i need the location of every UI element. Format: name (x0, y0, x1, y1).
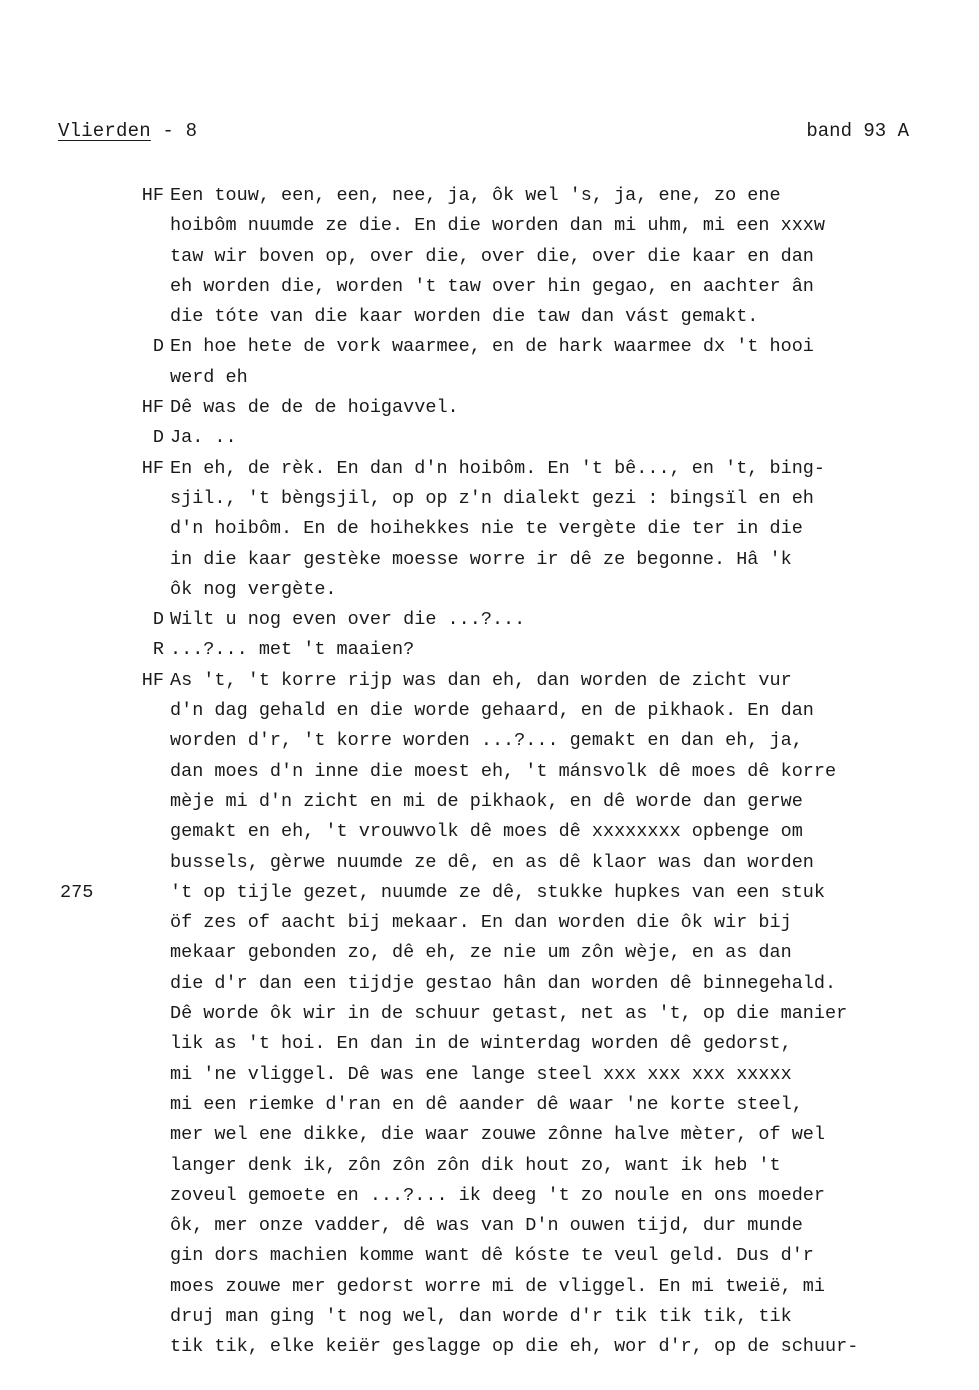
transcript-line: sjil., 't bèngsjil, op op z'n dialekt ge… (0, 484, 979, 514)
page-number: 8 (186, 120, 198, 142)
transcript-line: gemakt en eh, 't vrouwvolk dê moes dê xx… (0, 817, 979, 847)
page-header-left: Vlierden - 8 (58, 120, 197, 142)
utterance-text: sjil., 't bèngsjil, op op z'n dialekt ge… (170, 484, 814, 514)
place-name: Vlierden (58, 120, 151, 142)
transcript-line: werd eh (0, 363, 979, 393)
utterance-text: bussels, gèrwe nuumde ze dê, en as dê kl… (170, 848, 814, 878)
speaker-label: HF (142, 181, 164, 211)
transcript-line: die d'r dan een tijdje gestao hân dan wo… (0, 969, 979, 999)
transcript-line: mer wel ene dikke, die waar zouwe zônne … (0, 1120, 979, 1150)
utterance-text: eh worden die, worden 't taw over hin ge… (170, 272, 814, 302)
transcript-line: die tóte van die kaar worden die taw dan… (0, 302, 979, 332)
speaker-label: D (153, 423, 164, 453)
transcript-line: druj man ging 't nog wel, dan worde d'r … (0, 1302, 979, 1332)
utterance-text: mekaar gebonden zo, dê eh, ze nie um zôn… (170, 938, 792, 968)
transcript-line: HFDê was de de de hoigavvel. (0, 393, 979, 423)
speaker-label: HF (142, 666, 164, 696)
utterance-text: werd eh (170, 363, 248, 393)
tape-label: band 93 A (806, 120, 909, 142)
speaker-label: D (153, 332, 164, 362)
transcript-line: worden d'r, 't korre worden ...?... gema… (0, 726, 979, 756)
utterance-text: zoveul gemoete en ...?... ik deeg 't zo … (170, 1181, 825, 1211)
utterance-text: Een touw, een, een, nee, ja, ôk wel 's, … (170, 181, 781, 211)
utterance-text: Dê was de de de hoigavvel. (170, 393, 459, 423)
transcript-line: moes zouwe mer gedorst worre mi de vligg… (0, 1272, 979, 1302)
utterance-text: gin dors machien komme want dê kóste te … (170, 1241, 814, 1271)
utterance-text: hoibôm nuumde ze die. En die worden dan … (170, 211, 825, 241)
transcript-line: ôk, mer onze vadder, dê was van D'n ouwe… (0, 1211, 979, 1241)
transcript-line: öf zes of aacht bij mekaar. En dan worde… (0, 908, 979, 938)
transcript-line: d'n hoibôm. En de hoihekkes nie te vergè… (0, 514, 979, 544)
utterance-text: mer wel ene dikke, die waar zouwe zônne … (170, 1120, 825, 1150)
utterance-text: As 't, 't korre rijp was dan eh, dan wor… (170, 666, 792, 696)
utterance-text: ...?... met 't maaien? (170, 635, 414, 665)
transcript-line: mekaar gebonden zo, dê eh, ze nie um zôn… (0, 938, 979, 968)
utterance-text: 't op tijle gezet, nuumde ze dê, stukke … (170, 878, 825, 908)
speaker-label: D (153, 605, 164, 635)
transcript-line: bussels, gèrwe nuumde ze dê, en as dê kl… (0, 848, 979, 878)
speaker-label: HF (142, 454, 164, 484)
utterance-text: ôk, mer onze vadder, dê was van D'n ouwe… (170, 1211, 803, 1241)
transcript-line: mi 'ne vliggel. Dê was ene lange steel x… (0, 1060, 979, 1090)
utterance-text: taw wir boven op, over die, over die, ov… (170, 242, 814, 272)
transcript-line: mi een riemke d'ran en dê aander dê waar… (0, 1090, 979, 1120)
utterance-text: moes zouwe mer gedorst worre mi de vligg… (170, 1272, 825, 1302)
transcript-line: hoibôm nuumde ze die. En die worden dan … (0, 211, 979, 241)
document-page: Vlierden - 8 band 93 A HFEen touw, een, … (0, 0, 979, 1390)
utterance-text: En eh, de rèk. En dan d'n hoibôm. En 't … (170, 454, 825, 484)
transcript-line: DEn hoe hete de vork waarmee, en de hark… (0, 332, 979, 362)
utterance-text: lik as 't hoi. En dan in de winterdag wo… (170, 1029, 792, 1059)
utterance-text: druj man ging 't nog wel, dan worde d'r … (170, 1302, 792, 1332)
transcript-line: tik tik, elke keiër geslagge op die eh, … (0, 1332, 979, 1362)
transcript-line: HFEn eh, de rèk. En dan d'n hoibôm. En '… (0, 454, 979, 484)
utterance-text: Ja. .. (170, 423, 237, 453)
transcript-line: in die kaar gestèke moesse worre ir dê z… (0, 545, 979, 575)
utterance-text: mi een riemke d'ran en dê aander dê waar… (170, 1090, 803, 1120)
transcript-line: mèje mi d'n zicht en mi de pikhaok, en d… (0, 787, 979, 817)
utterance-text: mèje mi d'n zicht en mi de pikhaok, en d… (170, 787, 803, 817)
transcript-line: langer denk ik, zôn zôn zôn dik hout zo,… (0, 1151, 979, 1181)
utterance-text: ôk nog vergète. (170, 575, 337, 605)
transcript-line: gin dors machien komme want dê kóste te … (0, 1241, 979, 1271)
utterance-text: Dê worde ôk wir in de schuur getast, net… (170, 999, 847, 1029)
utterance-text: in die kaar gestèke moesse worre ir dê z… (170, 545, 792, 575)
transcript-line: lik as 't hoi. En dan in de winterdag wo… (0, 1029, 979, 1059)
header-separator: - (151, 120, 186, 142)
transcript-line: DJa. .. (0, 423, 979, 453)
transcript-line: DWilt u nog even over die ...?... (0, 605, 979, 635)
transcript-line: taw wir boven op, over die, over die, ov… (0, 242, 979, 272)
transcript-line: zoveul gemoete en ...?... ik deeg 't zo … (0, 1181, 979, 1211)
speaker-label: R (153, 635, 164, 665)
utterance-text: die tóte van die kaar worden die taw dan… (170, 302, 758, 332)
transcript-line: 275't op tijle gezet, nuumde ze dê, stuk… (0, 878, 979, 908)
transcript-line: eh worden die, worden 't taw over hin ge… (0, 272, 979, 302)
transcript-line: d'n dag gehald en die worde gehaard, en … (0, 696, 979, 726)
transcript-line: HFAs 't, 't korre rijp was dan eh, dan w… (0, 666, 979, 696)
utterance-text: gemakt en eh, 't vrouwvolk dê moes dê xx… (170, 817, 803, 847)
utterance-text: d'n dag gehald en die worde gehaard, en … (170, 696, 814, 726)
utterance-text: En hoe hete de vork waarmee, en de hark … (170, 332, 814, 362)
speaker-label: HF (142, 393, 164, 423)
utterance-text: d'n hoibôm. En de hoihekkes nie te vergè… (170, 514, 803, 544)
transcript-line: dan moes d'n inne die moest eh, 't mánsv… (0, 757, 979, 787)
utterance-text: öf zes of aacht bij mekaar. En dan worde… (170, 908, 792, 938)
utterance-text: langer denk ik, zôn zôn zôn dik hout zo,… (170, 1151, 781, 1181)
transcript: HFEen touw, een, een, nee, ja, ôk wel 's… (0, 181, 979, 1363)
utterance-text: dan moes d'n inne die moest eh, 't mánsv… (170, 757, 836, 787)
transcript-line: Dê worde ôk wir in de schuur getast, net… (0, 999, 979, 1029)
transcript-line: HFEen touw, een, een, nee, ja, ôk wel 's… (0, 181, 979, 211)
utterance-text: Wilt u nog even over die ...?... (170, 605, 525, 635)
utterance-text: die d'r dan een tijdje gestao hân dan wo… (170, 969, 836, 999)
transcript-line: R...?... met 't maaien? (0, 635, 979, 665)
utterance-text: worden d'r, 't korre worden ...?... gema… (170, 726, 803, 756)
transcript-line: ôk nog vergète. (0, 575, 979, 605)
margin-line-number: 275 (60, 878, 93, 908)
utterance-text: tik tik, elke keiër geslagge op die eh, … (170, 1332, 858, 1362)
utterance-text: mi 'ne vliggel. Dê was ene lange steel x… (170, 1060, 792, 1090)
